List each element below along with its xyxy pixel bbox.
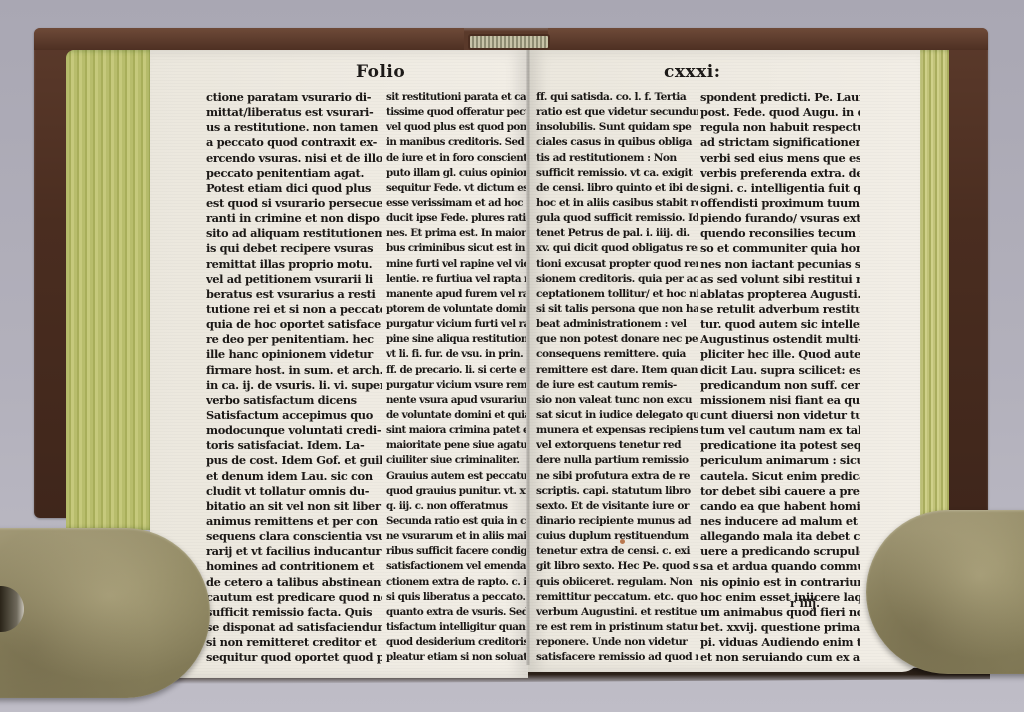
text-line: sufficit remissio. vt ca. exigit	[536, 166, 698, 181]
text-line: bus criminibus sicut est in cri	[386, 241, 526, 256]
text-line: que non potest donare nec per	[536, 332, 698, 347]
brass-book-weight-right	[866, 510, 1024, 674]
text-line: a peccato quod contraxit ex-	[206, 135, 382, 150]
text-line: vel quod plus est quod ponatur	[386, 120, 526, 135]
text-line: sufficit remissio facta. Quis	[206, 605, 382, 620]
text-line: periculum animarum : sicut	[700, 453, 860, 468]
text-line: puto illam gl. cuius opinionem	[386, 166, 526, 181]
text-line: ciales casus in quibus obliga	[536, 135, 698, 150]
text-line: q. iij. c. non offeratmus	[386, 499, 526, 514]
text-line: ducit ipse Fede. plures ratio	[386, 211, 526, 226]
text-line: hoc et in aliis casibus stabit re	[536, 196, 698, 211]
text-line: modocunque voluntati credi-	[206, 423, 382, 438]
text-line: de iure est cautum remis-	[536, 378, 698, 393]
text-line: hoc enim esset iniicere laque	[700, 590, 860, 605]
text-line: quod desiderium creditoris im	[386, 635, 526, 650]
text-line: quis obiiceret. regulam. Non	[536, 575, 698, 590]
text-line: regula non habuit respectum	[700, 120, 860, 135]
text-line: signi. c. intelligentia fuit quod si	[700, 181, 860, 196]
text-line: dinario recipiente munus ad	[536, 514, 698, 529]
text-line: missionem nisi fiant ea que di	[700, 393, 860, 408]
text-line: Augustinus ostendit multi-	[700, 332, 860, 347]
text-line: uere a predicando scrupulo	[700, 544, 860, 559]
text-line: ratio est que videtur secundum eum	[536, 105, 698, 120]
text-line: beat administrationem : vel	[536, 317, 698, 332]
book-photograph: Folio cxxxi: ctione paratam vsurario di-…	[0, 0, 1024, 712]
text-line: nente vsura apud vsurarium	[386, 393, 526, 408]
text-line: cludit vt tollatur omnis du-	[206, 484, 382, 499]
text-line: sequitur quod oportet quod pecunia	[206, 650, 382, 665]
text-line: verbi sed eius mens que est	[700, 151, 860, 166]
text-line: um animabus quod fieri non de	[700, 605, 860, 620]
text-line: cautum est predicare quod non	[206, 590, 382, 605]
text-line: cautela. Sicut enim predica	[700, 469, 860, 484]
text-line: tenetur extra de censi. c. exi	[536, 544, 698, 559]
text-line: sint maiora crimina patet ex	[386, 423, 526, 438]
text-line: as sed volunt sibi restitui res	[700, 272, 860, 287]
text-line: us a restitutione. non tamen	[206, 120, 382, 135]
headband	[468, 34, 550, 50]
text-line: remittere est dare. Item quando	[536, 363, 698, 378]
text-line: se disponat ad satisfaciendum	[206, 620, 382, 635]
text-line: quendo reconsilies tecum ip	[700, 226, 860, 241]
text-line: purgatur vicium furti vel ra	[386, 317, 526, 332]
text-line: sa et ardua quando commu-	[700, 559, 860, 574]
text-line: pus de cost. Idem Gof. et guil.	[206, 453, 382, 468]
text-line: dere nulla partium remissio	[536, 453, 698, 468]
binding-top-left-board	[34, 28, 464, 50]
text-line: insolubilis. Sunt quidam spe	[536, 120, 698, 135]
text-line: tioni excusat propter quod remis-	[536, 257, 698, 272]
text-line: sito ad aliquam restitutionem	[206, 226, 382, 241]
text-line: se retulit adverbum restitua	[700, 302, 860, 317]
text-line: sexto. Et de visitante iure or	[536, 499, 698, 514]
foxing-spot	[620, 539, 625, 544]
text-line: mine furti vel rapine vel vio	[386, 257, 526, 272]
text-line: verbis preferenda extra. der.	[700, 166, 860, 181]
text-line: git libro sexto. Hec Pe. quod si	[536, 559, 698, 574]
text-line: ablatas propterea Augusti.	[700, 287, 860, 302]
text-line: in manibus creditoris. Sed	[386, 135, 526, 150]
text-line: lentie. re furtiua vel rapta re	[386, 272, 526, 287]
text-line: Secunda ratio est quia in crimi	[386, 514, 526, 529]
text-line: de cetero a talibus abstineant	[206, 575, 382, 590]
text-line: quanto extra de vsuris. Sed sa	[386, 605, 526, 620]
page-edge-left-green	[66, 50, 156, 530]
left-page-column-1: ctione paratam vsurario di-mittat/libera…	[206, 90, 382, 665]
text-line: animus remittens et per con	[206, 514, 382, 529]
text-line: dicit Lau. supra scilicet: esse	[700, 363, 860, 378]
text-line: nis opinio est in contrarium.	[700, 575, 860, 590]
text-line: verbum Augustini. et restitue	[536, 605, 698, 620]
text-line: cuius duplum restituendum	[536, 529, 698, 544]
text-line: vt li. fi. fur. de vsu. in prin. et	[386, 347, 526, 362]
text-line: ne sibi profutura extra de re	[536, 469, 698, 484]
text-line: rarij et vt facilius inducantur	[206, 544, 382, 559]
weight-hole	[0, 586, 24, 632]
text-line: sionem creditoris. quia per ac-	[536, 272, 698, 287]
text-line: maioritate pene siue agatur	[386, 438, 526, 453]
text-line: cunt diuersi non videtur tu-	[700, 408, 860, 423]
text-line: nes. Et prima est. In maiori	[386, 226, 526, 241]
text-line: ptorem de voluntate domini	[386, 302, 526, 317]
text-line: offendisti proximum tuum ra	[700, 196, 860, 211]
text-line: remittat illas proprio motu.	[206, 257, 382, 272]
text-line: re est rem in pristinum statum	[536, 620, 698, 635]
text-line: nes non iactant pecunias su-	[700, 257, 860, 272]
text-line: et denum idem Lau. sic con	[206, 469, 382, 484]
text-line: pleatur etiam si non soluatur	[386, 650, 526, 665]
text-line: de voluntate domini et quia illa	[386, 408, 526, 423]
text-line: pine sine aliqua restitutione	[386, 332, 526, 347]
text-line: ille hanc opinionem videtur	[206, 347, 382, 362]
text-line: tum vel cautum nam ex tali	[700, 423, 860, 438]
text-line: tis ad restitutionem : Non	[536, 151, 698, 166]
text-line: tutione rei et si non a peccato	[206, 302, 382, 317]
text-line: remittitur peccatum. etc. quod est	[536, 590, 698, 605]
text-line: esse verissimam et ad hoc in	[386, 196, 526, 211]
text-line: de iure et in foro conscientie	[386, 151, 526, 166]
text-line: predicandum non suff. cere re	[700, 378, 860, 393]
text-line: post. Fede. quod Augu. in dicta	[700, 105, 860, 120]
brass-book-weight-left	[0, 528, 210, 698]
right-folio-number: cxxxi:	[664, 62, 721, 82]
text-line: ribus sufficit facere condigna	[386, 544, 526, 559]
text-line: bitatio an sit vel non sit liber	[206, 499, 382, 514]
text-line: ciuiliter siue criminaliter.	[386, 453, 526, 468]
binding-top-right-board	[548, 28, 988, 50]
text-line: ctione paratam vsurario di-	[206, 90, 382, 105]
text-line: is qui debet recipere vsuras	[206, 241, 382, 256]
text-line: purgatur vicium vsure rema	[386, 378, 526, 393]
text-line: xv. qui dicit quod obligatus restitu	[536, 241, 698, 256]
text-line: quod grauius punitur. vt. xxiij.	[386, 484, 526, 499]
text-line: homines ad contritionem et	[206, 559, 382, 574]
text-line: sat sicut in iudice delegato quod	[536, 408, 698, 423]
text-line: Potest etiam dici quod plus	[206, 181, 382, 196]
text-line: piendo furando/ vsuras extor	[700, 211, 860, 226]
text-line: ceptationem tollitur/ et hoc ni	[536, 287, 698, 302]
book-gutter	[526, 50, 530, 665]
text-line: gula quod sufficit remissio. Idem	[536, 211, 698, 226]
right-page-column-2: spondent predicti. Pe. Laurepost. Fede. …	[700, 90, 860, 665]
text-line: de censi. libro quinto et ibi de	[536, 181, 698, 196]
text-line: in ca. ij. de vsuris. li. vi. super	[206, 378, 382, 393]
text-line: munera et expensas recipiens	[536, 423, 698, 438]
text-line: sit restitutioni parata et cau	[386, 90, 526, 105]
left-running-head: Folio	[356, 62, 405, 82]
text-line: ercendo vsuras. nisi et de illo	[206, 151, 382, 166]
text-line: si non remitteret creditor et	[206, 635, 382, 650]
text-line: sio non valeat tunc non excu	[536, 393, 698, 408]
text-line: si quis liberatus a peccato. c	[386, 590, 526, 605]
text-line: ranti in crimine et non dispo	[206, 211, 382, 226]
text-line: manente apud furem vel ra-	[386, 287, 526, 302]
text-line: beratus est vsurarius a resti	[206, 287, 382, 302]
text-line: cando ea que habent homi-	[700, 499, 860, 514]
text-line: tissime quod offeratur pecunia.	[386, 105, 526, 120]
signature-mark: r iiij.	[790, 597, 820, 610]
text-line: peccato penitentiam agat.	[206, 166, 382, 181]
text-line: pliciter hec ille. Quod autem	[700, 347, 860, 362]
text-line: firmare host. in sum. et arch.	[206, 363, 382, 378]
page-edge-right-green	[915, 50, 949, 520]
text-line: Satisfactum accepimus quo	[206, 408, 382, 423]
text-line: allegando mala ita debet ca	[700, 529, 860, 544]
text-line: vel extorquens tenetur red	[536, 438, 698, 453]
text-line: so et communiter quia homi	[700, 241, 860, 256]
text-line: et non seruiando cum ex auditis	[700, 650, 860, 665]
text-line: bet. xxvij. questione prima c.	[700, 620, 860, 635]
text-line: consequens remittere. quia	[536, 347, 698, 362]
text-line: tor debet sibi cauere a predi	[700, 484, 860, 499]
text-line: vel ad petitionem vsurarii li	[206, 272, 382, 287]
text-line: mittat/liberatus est vsurari-	[206, 105, 382, 120]
text-line: spondent predicti. Pe. Laure	[700, 90, 860, 105]
text-line: ff. qui satisda. co. l. f. Tertia	[536, 90, 698, 105]
text-line: tur. quod autem sic intellexerit	[700, 317, 860, 332]
text-line: satisfacere remissio ad quod re	[536, 650, 698, 665]
text-line: satisfactionem vel emenda-	[386, 559, 526, 574]
text-line: tenet Petrus de pal. i. iiij. di.	[536, 226, 698, 241]
text-line: ne vsurarum et in aliis maio	[386, 529, 526, 544]
text-line: pi. viduas Audiendo enim talia	[700, 635, 860, 650]
right-page-column-1: ff. qui satisda. co. l. f. Tertiaratio e…	[536, 90, 698, 665]
text-line: sequens clara conscientia vsu	[206, 529, 382, 544]
text-line: ctionem extra de rapto. c. i. et	[386, 575, 526, 590]
text-line: re deo per penitentiam. hec	[206, 332, 382, 347]
text-line: verbo satisfactum dicens	[206, 393, 382, 408]
text-line: sequitur Fede. vt dictum est	[386, 181, 526, 196]
text-line: nes inducere ad malum et ge	[700, 514, 860, 529]
text-line: scriptis. capi. statutum libro	[536, 484, 698, 499]
text-line: predicatione ita potest sequi	[700, 438, 860, 453]
text-line: si sit talis persona que non ha	[536, 302, 698, 317]
text-line: Grauius autem est peccatum	[386, 469, 526, 484]
left-page-column-2: sit restitutioni parata et cautissime qu…	[386, 90, 526, 665]
text-line: ff. de precario. li. si certe ergo	[386, 363, 526, 378]
text-line: quia de hoc oportet satisface	[206, 317, 382, 332]
text-line: toris satisfaciat. Idem. La-	[206, 438, 382, 453]
text-line: reponere. Unde non videtur	[536, 635, 698, 650]
text-line: est quod si vsurario persecue-	[206, 196, 382, 211]
text-line: ad strictam significationem	[700, 135, 860, 150]
text-line: tisfactum intelligitur quando	[386, 620, 526, 635]
